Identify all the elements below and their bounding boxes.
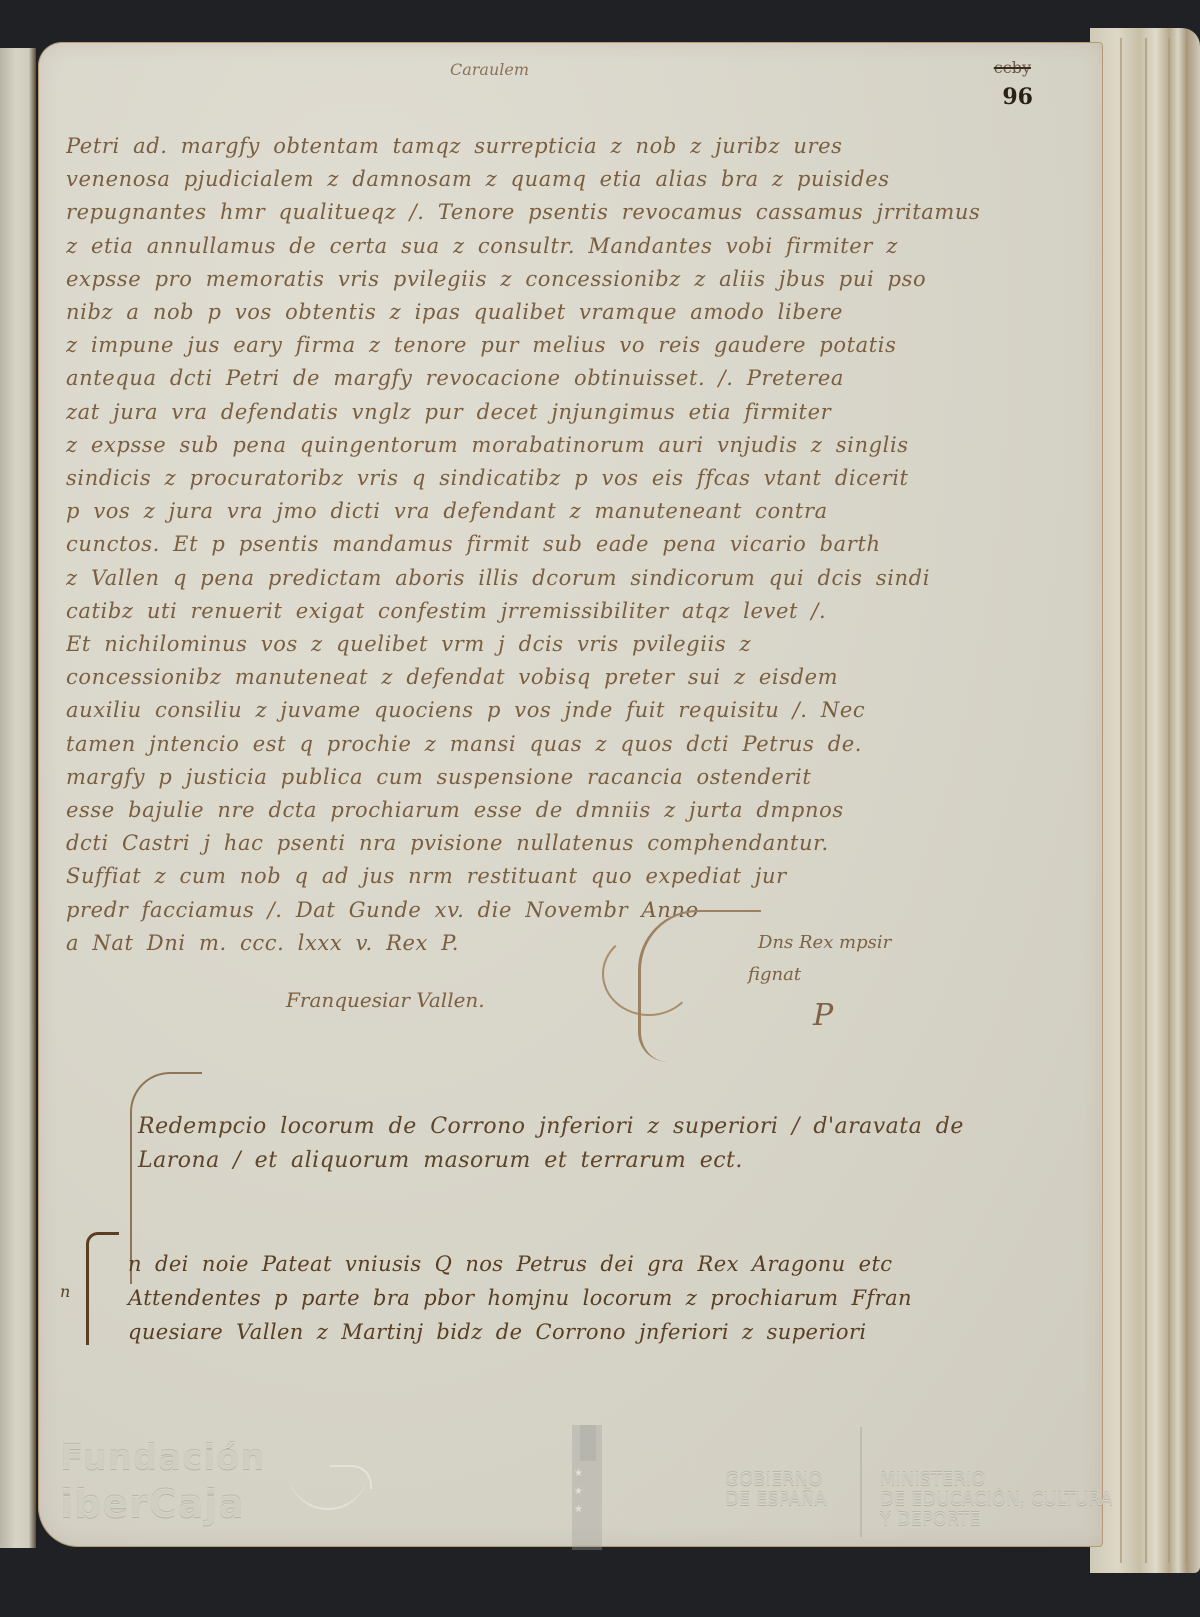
left-page-edge [0,48,36,1548]
page-edge-line [1168,38,1170,1563]
text-line: p vos z jura vra jmo dicti vra defendant… [66,495,1056,528]
text-line: Et nichilominus vos z quelibet vrm j dci… [66,628,1056,661]
signoff-bracket-icon [638,910,761,1062]
text-line: auxiliu consiliu z juvame quociens p vos… [66,694,1056,727]
text-line: catibz uti renuerit exigat confestim jrr… [66,595,1056,628]
royal-note-line: fignat [748,964,801,985]
rubric-line: Larona / et aliquorum masorum et terraru… [138,1144,964,1178]
page-edge-line [1185,38,1187,1563]
text-line: antequa dcti Petri de margfy revocacione… [66,362,1056,395]
scribe-name: Franquesiar Vallen. [286,988,485,1012]
watermark-ministry: MINISTERIO DE EDUCACIÓN, CULTURA Y DEPOR… [880,1470,1112,1530]
text-line: Suffiat z cum nob q ad jus nrm restituan… [66,860,1056,893]
main-text: Petri ad. margfy obtentam tamqz surrepti… [66,130,1056,960]
ministry-line: Y DEPORTE [880,1509,981,1530]
text-line: venenosa pjudicialem z damnosam z quamq … [66,163,1056,196]
text-line: z etia annullamus de certa sua z consult… [66,230,1056,263]
flag-top-icon [580,1425,596,1461]
watermark-government: GOBIERNO DE ESPAÑA [725,1470,827,1510]
ministry-line: MINISTERIO [880,1469,985,1490]
manuscript-page: Caraulem ccby 96 Petri ad. margfy obtent… [38,42,1103,1547]
charter-line: quesiare Vallen z Martinj bidz de Corron… [128,1315,912,1349]
charter-line: Attendentes p parte bra pbor homjnu loco… [128,1281,912,1315]
scanned-book: Caraulem ccby 96 Petri ad. margfy obtent… [0,0,1200,1617]
text-line: esse bajulie nre dcta prochiarum esse de… [66,794,1056,827]
coat-of-arms-icon [612,1445,694,1531]
royal-mark: P [813,998,833,1033]
royal-note-line: Dns Rex mpsir [758,932,891,953]
text-line: zat jura vra defendatis vnglz pur decet … [66,396,1056,429]
text-line: z expsse sub pena quingentorum morabatin… [66,429,1056,462]
folio-number: 96 [1002,84,1033,110]
text-line: z impune jus eary firma z tenore pur mel… [66,329,1056,362]
page-stack-edge [1090,28,1200,1573]
ministry-line: DE EDUCACIÓN, CULTURA [880,1489,1112,1510]
stars-icon: ★★★ [574,1465,584,1519]
text-line: tamen jntencio est q prochie z mansi qua… [66,728,1056,761]
catchword: Caraulem [450,60,529,79]
watermark-divider [860,1427,862,1537]
page-edge-line [1120,38,1122,1563]
margin-mark: n [60,1282,70,1301]
royal-signoff: Dns Rex mpsir fignat P [598,902,1028,1072]
page-edge-line [1145,38,1147,1563]
rubric-heading: Redempcio locorum de Corrono jnferiori z… [138,1110,964,1178]
text-line: Petri ad. margfy obtentam tamqz surrepti… [66,130,1056,163]
old-folio-number: ccby [994,58,1031,77]
text-line: concessionibz manuteneat z defendat vobi… [66,661,1056,694]
text-line: sindicis z procuratoribz vris q sindicat… [66,462,1056,495]
text-line: expsse pro memoratis vris pvilegiis z co… [66,263,1056,296]
text-line: nibz a nob p vos obtentis z ipas qualibe… [66,296,1056,329]
gov-line: GOBIERNO [725,1469,822,1490]
text-line: margfy p justicia publica cum suspension… [66,761,1056,794]
rubric-line: Redempcio locorum de Corrono jnferiori z… [138,1110,964,1144]
charter-text: n dei noie Pateat vniusis Q nos Petrus d… [128,1247,912,1349]
charter-line: n dei noie Pateat vniusis Q nos Petrus d… [128,1247,912,1281]
decorated-initial-icon [86,1232,119,1345]
watermark-ibercaja: iberCaja [60,1482,245,1526]
text-line: dcti Castri j hac psenti nra pvisione nu… [66,827,1056,860]
text-line: repugnantes hmr qualitueqz /. Tenore pse… [66,196,1056,229]
text-line: z Vallen q pena predictam aboris illis d… [66,562,1056,595]
watermark-foundation: Fundación [60,1438,266,1478]
text-line: cunctos. Et p psentis mandamus firmit su… [66,528,1056,561]
gov-line: DE ESPAÑA [725,1489,827,1510]
